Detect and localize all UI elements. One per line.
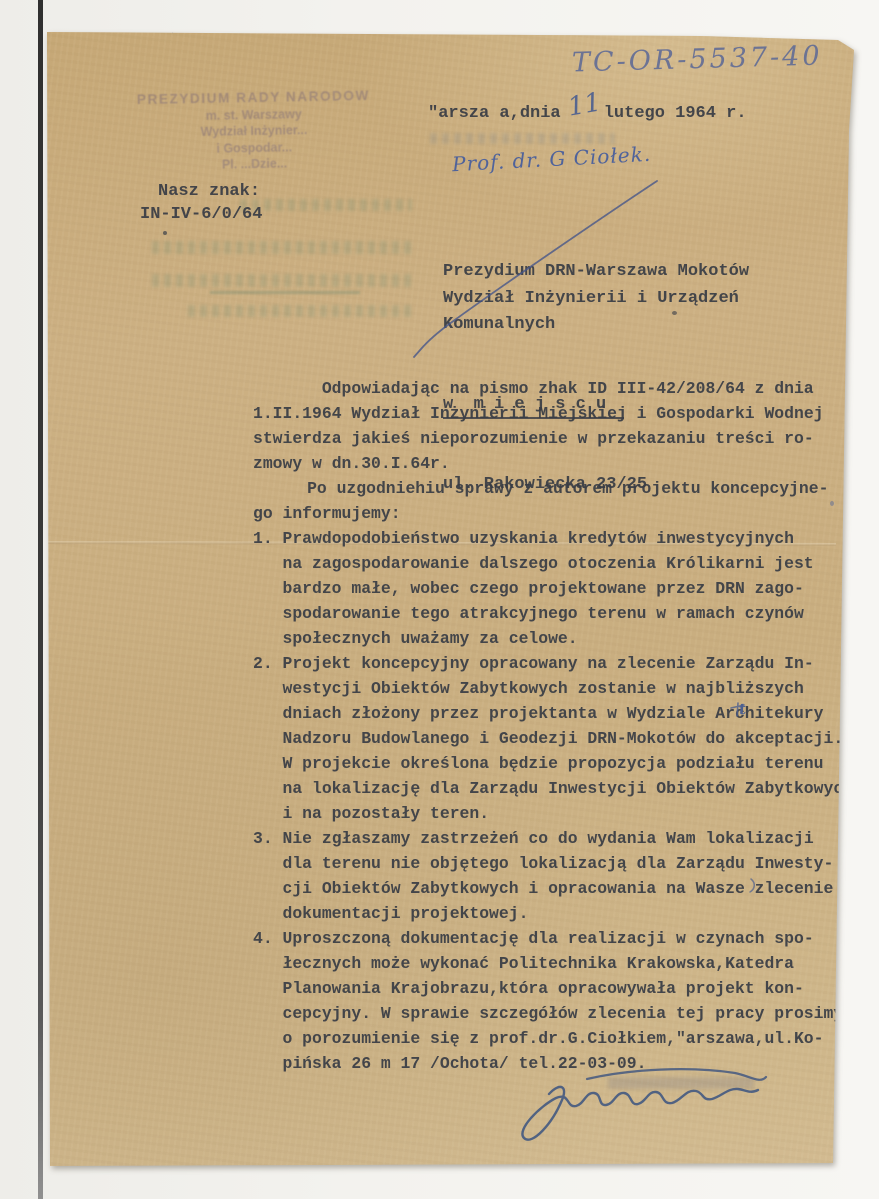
- typed-line: dokumentacji projektowej.: [253, 901, 853, 926]
- letter-body: Odpowiadając na pismo zhak ID III-42/208…: [253, 376, 853, 1076]
- handwritten-reference-code: TC-OR-5537-40: [572, 41, 823, 79]
- name-stamp: (mgr inż. Józef Liebfeld): [0, 17, 879, 35]
- scanned-letter-page: PREZYDIUM RADY NARODOWm. st. WarszawyWyd…: [0, 0, 879, 1199]
- bleed-through-text: [188, 305, 413, 317]
- typed-line: pińska 26 m 17 /Ochota/ tel.22-03-09.: [253, 1051, 853, 1076]
- typed-line: 3. Nie zgłaszamy zastrzeżeń co do wydani…: [253, 826, 853, 851]
- letterhead-stamp: PREZYDIUM RADY NARODOWm. st. WarszawyWyd…: [117, 88, 390, 175]
- typed-line: bardzo małe, wobec czego projektowane pr…: [253, 576, 853, 601]
- our-reference-label: Nasz znak:: [158, 182, 260, 201]
- letterhead-stamp-line: Pl. ...Dzie...: [118, 154, 390, 175]
- recipient-line: Wydział Inżynierii i Urządzeń: [443, 286, 749, 313]
- pen-speck: [830, 501, 834, 506]
- typed-line: dla terenu nie objętego lokalizacją dla …: [253, 851, 853, 876]
- typed-line: cji Obiektów Zabytkowych i opracowania n…: [253, 876, 853, 901]
- date-typed-suffix: lutego 1964 r.: [604, 104, 747, 123]
- paper-shadow-wrap: PREZYDIUM RADY NARODOWm. st. WarszawyWyd…: [0, 0, 879, 1199]
- ink-speck: [163, 231, 167, 235]
- typed-line: i na pozostały teren.: [253, 801, 853, 826]
- typed-line: na lokalizację dla Zarządu Inwestycji Ob…: [253, 776, 853, 801]
- recipient-address-lines: Prezydium DRN-Warszawa MokotówWydział In…: [443, 259, 749, 339]
- typed-line: go informujemy:: [253, 501, 853, 526]
- typed-line: na zagospodarowanie dalszego otoczenia K…: [253, 551, 853, 576]
- typed-line: 1. Prawdopodobieństwo uzyskania kredytów…: [253, 526, 853, 551]
- paper-sheet: PREZYDIUM RADY NARODOWm. st. WarszawyWyd…: [0, 0, 879, 1199]
- typed-line: Odpowiadając na pismo zhak ID III-42/208…: [253, 376, 853, 401]
- handwritten-day: 11: [566, 90, 603, 119]
- bleed-through-text: [152, 274, 414, 287]
- bleed-through-text: [240, 199, 412, 211]
- our-reference-number: IN-IV-6/0/64: [140, 205, 262, 224]
- date-line: "arsza a,dnia11lutego 1964 r.: [428, 97, 747, 126]
- typed-line: stwierdza jakieś nieporozumienie w przek…: [253, 426, 853, 451]
- recipient-line: Prezydium DRN-Warszawa Mokotów: [443, 259, 749, 286]
- typed-line: spodarowanie tego atrakcyjnego terenu w …: [253, 601, 853, 626]
- bleed-through-text: [430, 133, 615, 144]
- typed-line: W projekcie określona będzie propozycja …: [253, 751, 853, 776]
- typed-line: Planowania Krajobrazu,która opracowywała…: [253, 976, 853, 1001]
- date-typed-prefix: "arsza a,dnia: [428, 104, 561, 123]
- typed-line: cepcyjny. W sprawie szczegółów zlecenia …: [253, 1001, 853, 1026]
- typed-line: 2. Projekt koncepcyjny opracowany na zle…: [253, 651, 853, 676]
- deputy-chief-engineer-stamp: Z-ca GŁÓWNEGO INŻYNIE: [0, 0, 879, 17]
- typed-line: łecznych może wykonać Politechnika Krako…: [253, 951, 853, 976]
- handwritten-recipient-note: Prof. dr. G Ciołek.: [452, 142, 652, 176]
- signature-scrawl: [522, 1087, 758, 1140]
- typed-line: Nadzoru Budowlanego i Geodezji DRN-Mokot…: [253, 726, 853, 751]
- typed-line: 4. Uproszczoną dokumentację dla realizac…: [253, 926, 853, 951]
- typed-line: społecznych uważamy za celowe.: [253, 626, 853, 651]
- typed-line: Po uzgodniehiu sprawy z autorem projektu…: [253, 476, 853, 501]
- typed-line: 1.II.1964 Wydział Inżynierii Miejskiej i…: [253, 401, 853, 426]
- typed-line: zmowy w dn.30.I.64r.: [253, 451, 853, 476]
- typed-line: o porozumienie się z prof.dr.G.Ciołkiem,…: [253, 1026, 853, 1051]
- stamp-smudge: [608, 1077, 754, 1089]
- typed-line: dniach złożony przez projektanta w Wydzi…: [253, 701, 853, 726]
- ink-speck: [672, 311, 677, 315]
- bleed-through-underline: [210, 291, 360, 294]
- recipient-line: Komunalnych: [443, 312, 749, 339]
- typed-line: westycji Obiektów Zabytkowych zostanie w…: [253, 676, 853, 701]
- bleed-through-text: [152, 241, 414, 254]
